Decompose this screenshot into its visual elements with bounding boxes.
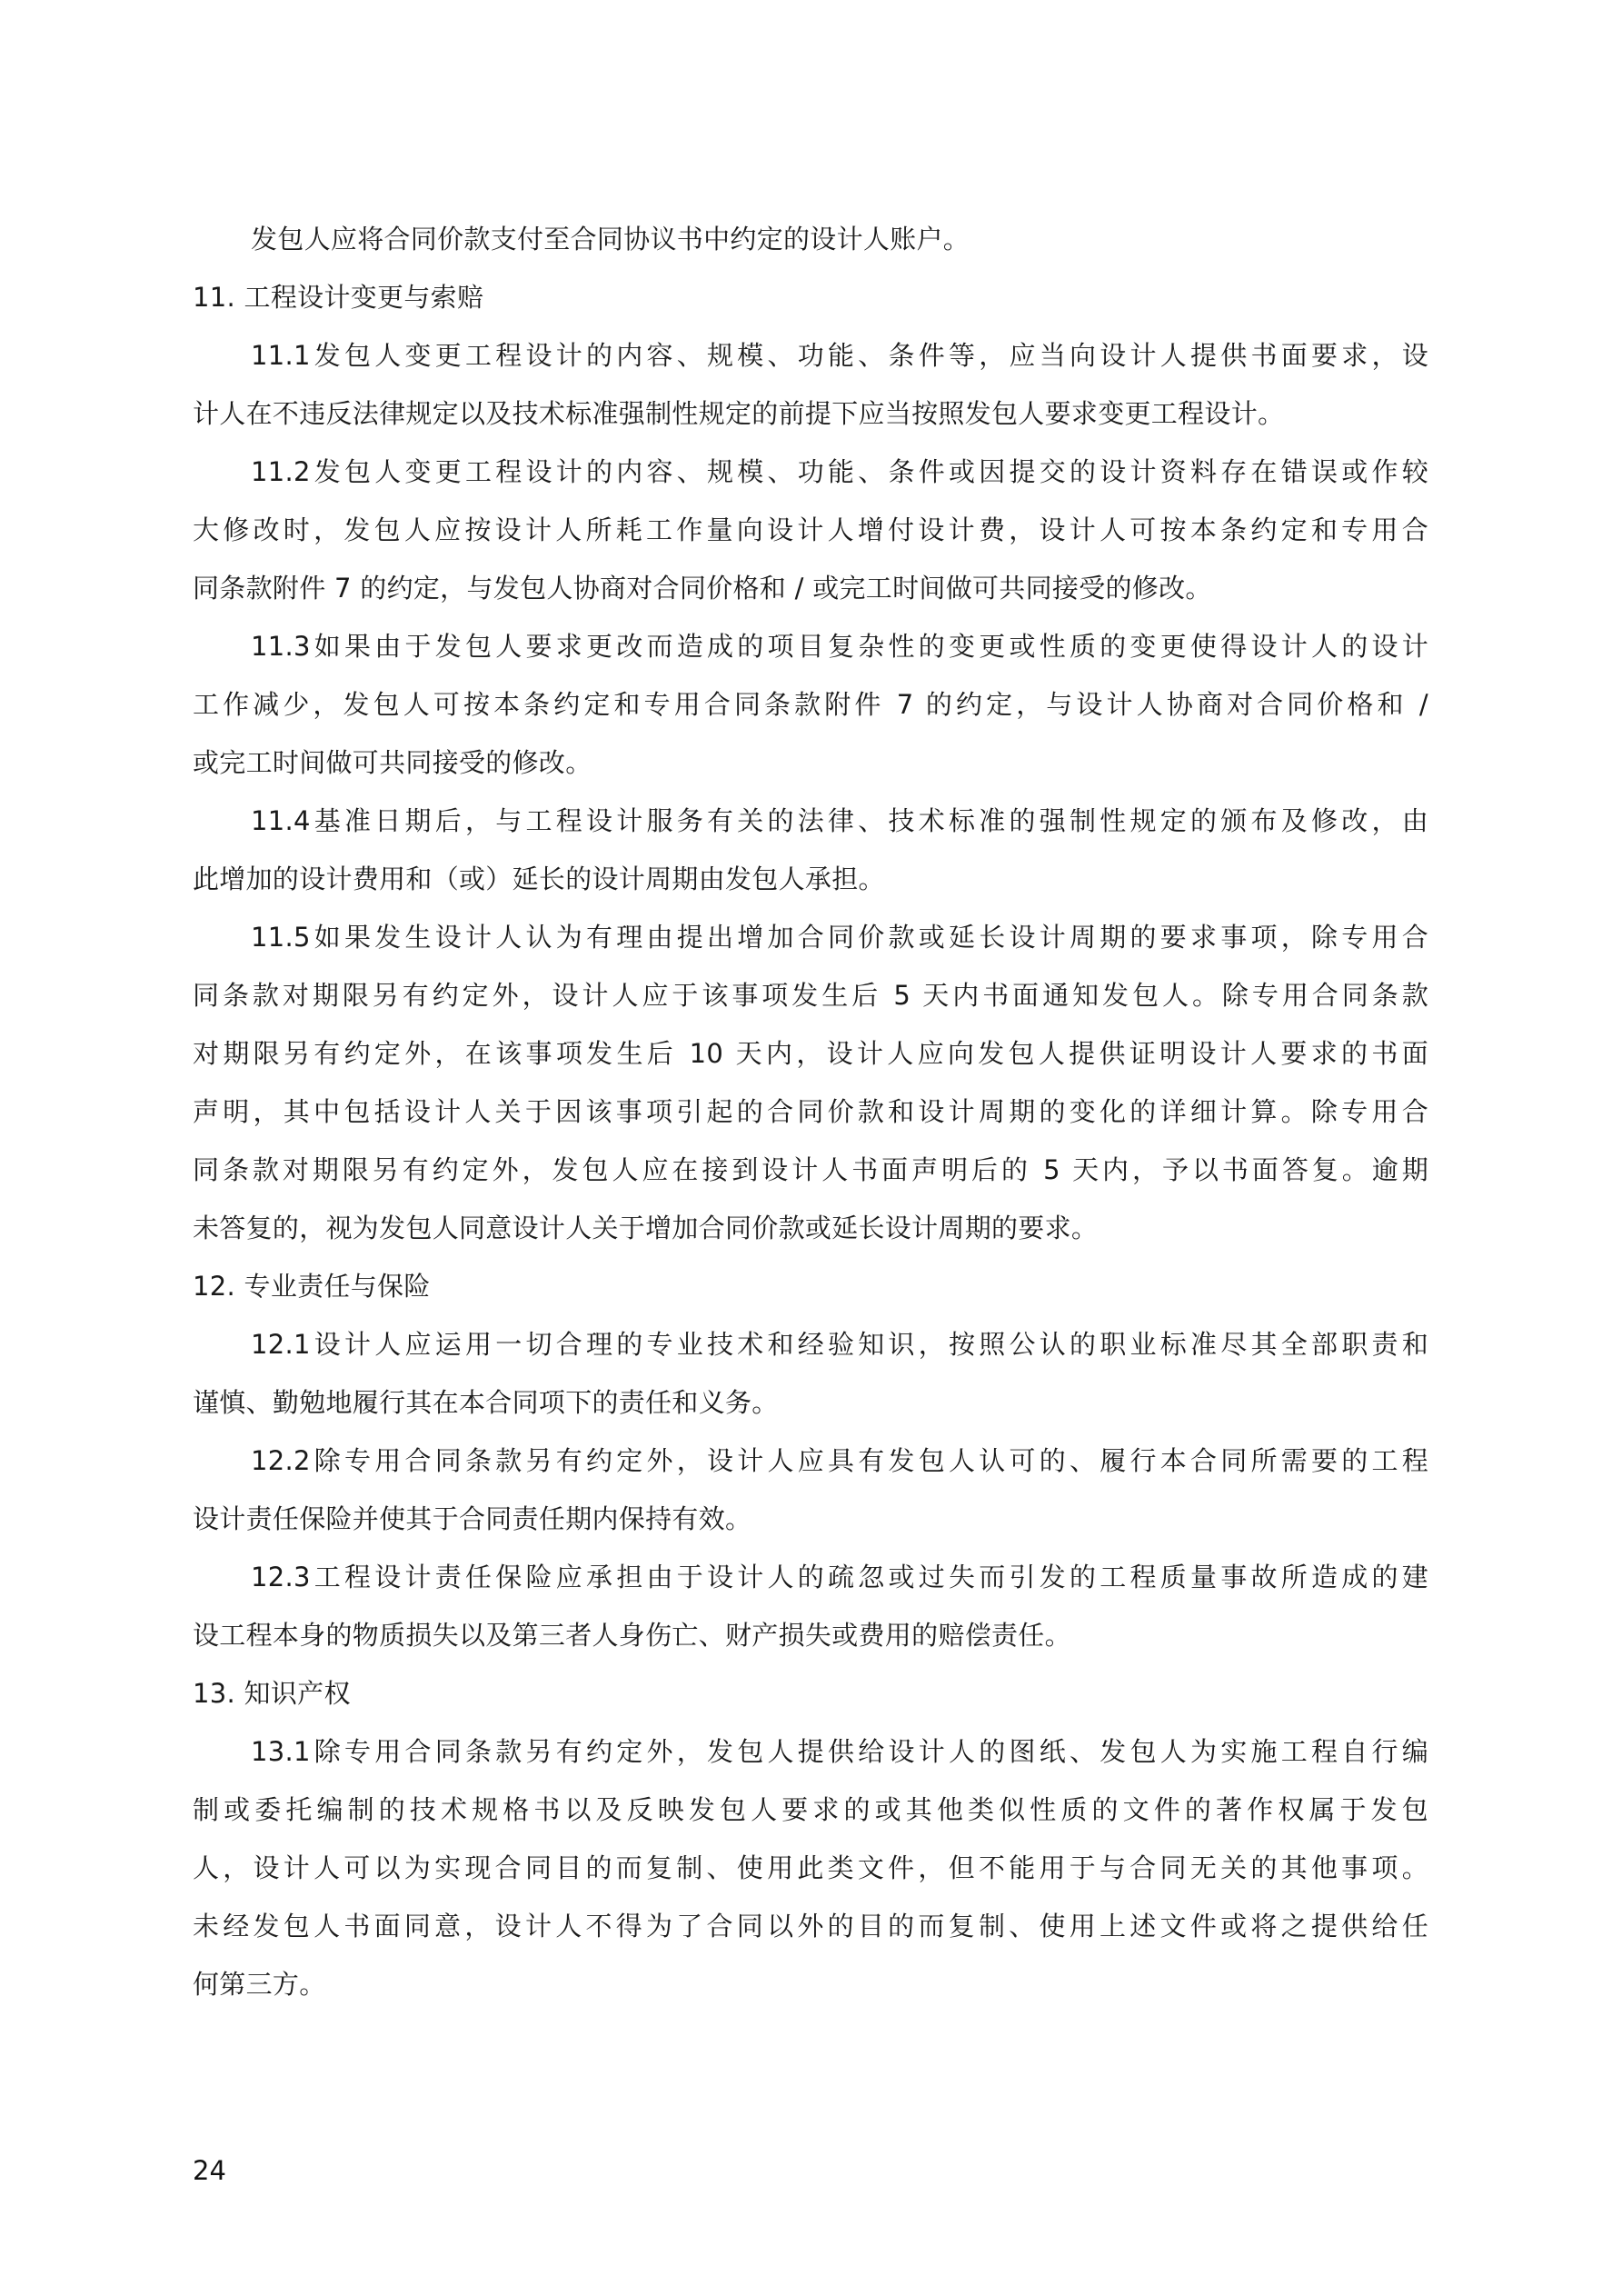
page-number: 24	[193, 2152, 226, 2189]
clause-11-5-line: 11.5如果发生设计人认为有理由提出增加合同价款或延长设计周期的要求事项，除专用…	[193, 915, 1428, 973]
clause-11-1-line: 计人在不违反法律规定以及技术标准强制性规定的前提下应当按照发包人要求变更工程设计…	[193, 392, 1428, 450]
paragraph-payment-line: 发包人应将合同价款支付至合同协议书中约定的设计人账户。	[193, 217, 1428, 275]
clause-11-2-line: 同条款附件 7 的约定，与发包人协商对合同价格和 / 或完工时间做可共同接受的修…	[193, 566, 1428, 624]
clause-11-3-line: 11.3如果由于发包人要求更改而造成的项目复杂性的变更或性质的变更使得设计人的设…	[193, 624, 1428, 683]
section-heading-11: 11. 工程设计变更与索赔	[193, 275, 1428, 334]
clause-12-1-line: 谨慎、勤勉地履行其在本合同项下的责任和义务。	[193, 1381, 1428, 1439]
clause-12-2-line: 12.2除专用合同条款另有约定外，设计人应具有发包人认可的、履行本合同所需要的工…	[193, 1439, 1428, 1497]
clause-11-5-line: 未答复的，视为发包人同意设计人关于增加合同价款或延长设计周期的要求。	[193, 1206, 1428, 1264]
clause-11-3-line: 或完工时间做可共同接受的修改。	[193, 741, 1428, 799]
clause-11-4-line: 此增加的设计费用和（或）延长的设计周期由发包人承担。	[193, 857, 1428, 915]
clause-12-3-line: 设工程本身的物质损失以及第三者人身伤亡、财产损失或费用的赔偿责任。	[193, 1613, 1428, 1672]
page-body: 发包人应将合同价款支付至合同协议书中约定的设计人账户。 11. 工程设计变更与索…	[193, 217, 1428, 2021]
clause-11-5-line: 声明，其中包括设计人关于因该事项引起的合同价款和设计周期的变化的详细计算。除专用…	[193, 1090, 1428, 1148]
clause-11-4-line: 11.4基准日期后，与工程设计服务有关的法律、技术标准的强制性规定的颁布及修改，…	[193, 799, 1428, 857]
clause-12-1-line: 12.1设计人应运用一切合理的专业技术和经验知识，按照公认的职业标准尽其全部职责…	[193, 1323, 1428, 1381]
clause-13-1-line: 13.1除专用合同条款另有约定外，发包人提供给设计人的图纸、发包人为实施工程自行…	[193, 1730, 1428, 1788]
clause-11-2-line: 11.2发包人变更工程设计的内容、规模、功能、条件或因提交的设计资料存在错误或作…	[193, 450, 1428, 508]
clause-13-1-line: 人，设计人可以为实现合同目的而复制、使用此类文件，但不能用于与合同无关的其他事项…	[193, 1846, 1428, 1904]
clause-11-5-line: 同条款对期限另有约定外，设计人应于该事项发生后 5 天内书面通知发包人。除专用合…	[193, 973, 1428, 1032]
clause-11-2-line: 大修改时，发包人应按设计人所耗工作量向设计人增付设计费，设计人可按本条约定和专用…	[193, 508, 1428, 566]
clause-11-5-line: 同条款对期限另有约定外，发包人应在接到设计人书面声明后的 5 天内，予以书面答复…	[193, 1148, 1428, 1206]
clause-11-5-line: 对期限另有约定外，在该事项发生后 10 天内，设计人应向发包人提供证明设计人要求…	[193, 1032, 1428, 1090]
clause-13-1-line: 未经发包人书面同意，设计人不得为了合同以外的目的而复制、使用上述文件或将之提供给…	[193, 1904, 1428, 1962]
section-heading-12: 12. 专业责任与保险	[193, 1264, 1428, 1323]
clause-11-1-line: 11.1发包人变更工程设计的内容、规模、功能、条件等，应当向设计人提供书面要求，…	[193, 334, 1428, 392]
clause-13-1-line: 制或委托编制的技术规格书以及反映发包人要求的或其他类似性质的文件的著作权属于发包	[193, 1788, 1428, 1846]
clause-11-3-line: 工作减少，发包人可按本条约定和专用合同条款附件 7 的约定，与设计人协商对合同价…	[193, 683, 1428, 741]
clause-13-1-line: 何第三方。	[193, 1962, 1428, 2021]
clause-12-2-line: 设计责任保险并使其于合同责任期内保持有效。	[193, 1497, 1428, 1555]
section-heading-13: 13. 知识产权	[193, 1672, 1428, 1730]
document-page: 发包人应将合同价款支付至合同协议书中约定的设计人账户。 11. 工程设计变更与索…	[0, 0, 1622, 2296]
clause-12-3-line: 12.3工程设计责任保险应承担由于设计人的疏忽或过失而引发的工程质量事故所造成的…	[193, 1555, 1428, 1613]
